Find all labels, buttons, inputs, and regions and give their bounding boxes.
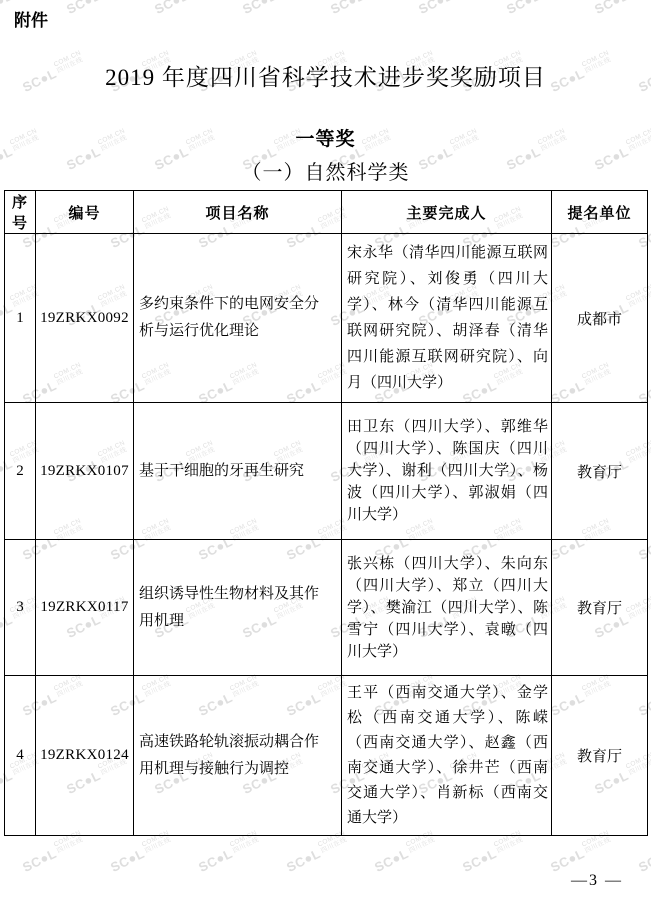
- row-contributors: 田卫东（四川大学）、郭维华（四川大学）、陈国庆（四川大学）、谢利（四川大学）、杨…: [342, 403, 552, 540]
- row-index: 2: [5, 403, 36, 540]
- row-project-name: 基于干细胞的牙再生研究: [134, 403, 342, 540]
- header-contributors: 主要完成人: [342, 191, 552, 234]
- table-row: 3 19ZRKX0117 组织诱导性生物材料及其作用机理 张兴栋（四川大学）、朱…: [5, 540, 648, 676]
- row-contributors: 王平（西南交通大学）、金学松（西南交通大学）、陈嵘（西南交通大学）、赵鑫（西南交…: [342, 676, 552, 836]
- attachment-label: 附件: [14, 6, 48, 31]
- row-nominator: 成都市: [552, 234, 648, 403]
- document-page: SC●LCOM.CN四川在线SC●LCOM.CN四川在线SC●LCOM.CN四川…: [0, 0, 651, 900]
- row-code: 19ZRKX0107: [36, 403, 134, 540]
- row-index: 4: [5, 676, 36, 836]
- table-header-row: 序号 编号 项目名称 主要完成人 提名单位: [5, 191, 648, 234]
- table-row: 4 19ZRKX0124 高速铁路轮轨滚振动耦合作用机理与接触行为调控 王平（西…: [5, 676, 648, 836]
- row-project-name: 多约束条件下的电网安全分析与运行优化理论: [134, 234, 342, 403]
- header-index: 序号: [5, 191, 36, 234]
- awards-table: 序号 编号 项目名称 主要完成人 提名单位 1 19ZRKX0092 多约束条件…: [4, 190, 648, 836]
- page-number: —3 —: [571, 872, 623, 890]
- row-contributors: 张兴栋（四川大学）、朱向东（四川大学）、郑立（四川大学）、樊渝江（四川大学）、陈…: [342, 540, 552, 676]
- row-project-name: 高速铁路轮轨滚振动耦合作用机理与接触行为调控: [134, 676, 342, 836]
- document-content: 附件 2019 年度四川省科学技术进步奖奖励项目 一等奖 （一）自然科学类 序号…: [0, 0, 651, 900]
- row-nominator: 教育厅: [552, 540, 648, 676]
- award-level-heading: 一等奖: [0, 124, 651, 151]
- table-row: 2 19ZRKX0107 基于干细胞的牙再生研究 田卫东（四川大学）、郭维华（四…: [5, 403, 648, 540]
- page-title: 2019 年度四川省科学技术进步奖奖励项目: [0, 59, 651, 92]
- row-code: 19ZRKX0092: [36, 234, 134, 403]
- header-project: 项目名称: [134, 191, 342, 234]
- header-nominator: 提名单位: [552, 191, 648, 234]
- row-project-name: 组织诱导性生物材料及其作用机理: [134, 540, 342, 676]
- row-nominator: 教育厅: [552, 403, 648, 540]
- table-row: 1 19ZRKX0092 多约束条件下的电网安全分析与运行优化理论 宋永华（清华…: [5, 234, 648, 403]
- row-code: 19ZRKX0117: [36, 540, 134, 676]
- row-contributors: 宋永华（清华四川能源互联网研究院）、刘俊勇（四川大学）、林今（清华四川能源互联网…: [342, 234, 552, 403]
- header-code: 编号: [36, 191, 134, 234]
- row-code: 19ZRKX0124: [36, 676, 134, 836]
- row-index: 1: [5, 234, 36, 403]
- category-heading: （一）自然科学类: [0, 156, 651, 185]
- row-nominator: 教育厅: [552, 676, 648, 836]
- row-index: 3: [5, 540, 36, 676]
